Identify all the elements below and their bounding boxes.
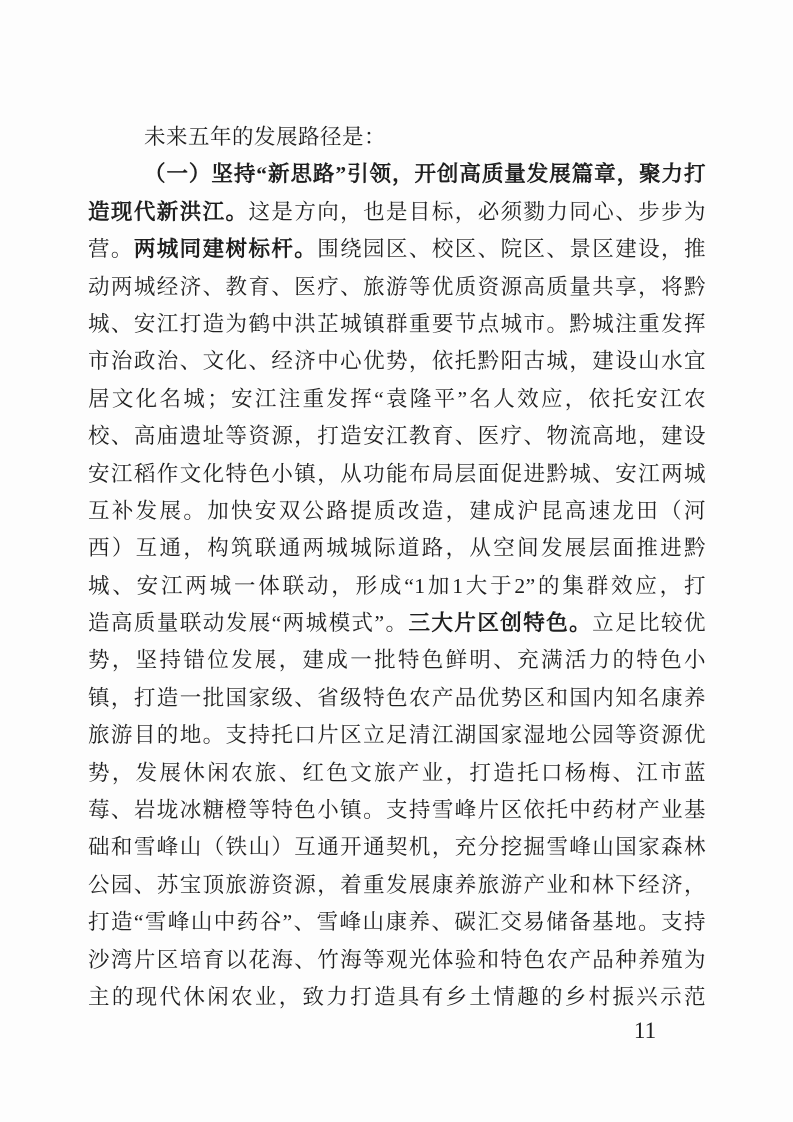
text-segment: 势，坚持错位发展，建成一批特色鲜明、充满活力的特色小 <box>88 648 706 672</box>
text-segment: 势，发展休闲农旅、红色文旅产业，打造托口杨梅、江市蓝 <box>88 761 706 785</box>
text-segment: 旅游目的地。支持托口片区立足清江湖国家湿地公园等资源优 <box>88 723 706 747</box>
text-segment: 安江稻作文化特色小镇，从功能布局层面促进黔城、安江两城 <box>88 462 706 486</box>
text-segment: 打造“雪峰山中药谷”、雪峰山康养、碳汇交易储备基地。支持 <box>88 910 706 934</box>
text-segment: 础和雪峰山（铁山）互通开通契机，充分挖掘雪峰山国家森林 <box>88 835 706 859</box>
text-segment: 立足比较优 <box>592 611 706 635</box>
text-line: 造高质量联动发展“两城模式”。三大片区创特色。立足比较优 <box>88 605 706 642</box>
page-number: 11 <box>620 1018 670 1044</box>
text-line: 市治政治、文化、经济中心优势，依托黔阳古城，建设山水宜 <box>88 343 706 380</box>
text-segment-emphasis: 三大片区创特色。 <box>408 611 592 635</box>
text-line: 公园、苏宝顶旅游资源，着重发展康养旅游产业和林下经济， <box>88 867 706 904</box>
text-line: 校、高庙遗址等资源，打造安江教育、医疗、物流高地，建设 <box>88 418 706 455</box>
text-line: 西）互通，构筑联通两城城际道路，从空间发展层面推进黔 <box>88 530 706 567</box>
text-segment: 这是方向，也是目标，必须勠力同心、步步为 <box>248 200 706 224</box>
text-segment: 互补发展。加快安双公路提质改造，建成沪昆高速龙田（河 <box>88 499 706 523</box>
text-segment: 莓、岩垅冰糖橙等特色小镇。支持雪峰片区依托中药材产业基 <box>88 798 706 822</box>
text-segment: 动两城经济、教育、医疗、旅游等优质资源高质量共享，将黔 <box>88 275 706 299</box>
text-line: 势，发展休闲农旅、红色文旅产业，打造托口杨梅、江市蓝 <box>88 755 706 792</box>
text-segment-emphasis: 两城同建树标杆。 <box>134 237 317 261</box>
text-segment: 主的现代休闲农业，致力打造具有乡土情趣的乡村振兴示范 <box>88 985 706 1009</box>
text-line: 城、安江两城一体联动，形成“1加1大于2”的集群效应，打 <box>88 568 706 605</box>
text-segment: 城、安江两城一体联动，形成“1加1大于2”的集群效应，打 <box>88 574 706 598</box>
text-segment: 公园、苏宝顶旅游资源，着重发展康养旅游产业和林下经济， <box>88 873 706 897</box>
text-line: 镇，打造一批国家级、省级特色农产品优势区和国内知名康养 <box>88 680 706 717</box>
text-line: 互补发展。加快安双公路提质改造，建成沪昆高速龙田（河 <box>88 493 706 530</box>
text-segment: 校、高庙遗址等资源，打造安江教育、医疗、物流高地，建设 <box>88 424 706 448</box>
text-line: 打造“雪峰山中药谷”、雪峰山康养、碳汇交易储备基地。支持 <box>88 904 706 941</box>
text-line: 沙湾片区培育以花海、竹海等观光体验和特色农产品种养殖为 <box>88 942 706 979</box>
text-line: 营。两城同建树标杆。围绕园区、校区、院区、景区建设，推 <box>88 231 706 268</box>
text-segment: 造高质量联动发展“两城模式”。 <box>88 611 408 635</box>
text-line: 动两城经济、教育、医疗、旅游等优质资源高质量共享，将黔 <box>88 269 706 306</box>
text-segment-emphasis: （一）坚持“新思路”引领，开创高质量发展篇章，聚力打 <box>144 162 706 186</box>
text-segment-emphasis: 造现代新洪江。 <box>88 200 248 224</box>
text-segment: 市治政治、文化、经济中心优势，依托黔阳古城，建设山水宜 <box>88 349 706 373</box>
text-line: 未来五年的发展路径是： <box>88 119 706 156</box>
text-segment: 沙湾片区培育以花海、竹海等观光体验和特色农产品种养殖为 <box>88 948 706 972</box>
text-line: 造现代新洪江。这是方向，也是目标，必须勠力同心、步步为 <box>88 194 706 231</box>
text-segment: 镇，打造一批国家级、省级特色农产品优势区和国内知名康养 <box>88 686 706 710</box>
text-segment: 围绕园区、校区、院区、景区建设，推 <box>317 237 706 261</box>
text-line: 居文化名城；安江注重发挥“袁隆平”名人效应，依托安江农 <box>88 381 706 418</box>
document-page: 未来五年的发展路径是：（一）坚持“新思路”引领，开创高质量发展篇章，聚力打造现代… <box>0 0 793 1122</box>
text-line: 势，坚持错位发展，建成一批特色鲜明、充满活力的特色小 <box>88 642 706 679</box>
text-line: 安江稻作文化特色小镇，从功能布局层面促进黔城、安江两城 <box>88 456 706 493</box>
text-segment: 营。 <box>88 237 134 261</box>
text-line: 旅游目的地。支持托口片区立足清江湖国家湿地公园等资源优 <box>88 717 706 754</box>
document-body: 未来五年的发展路径是：（一）坚持“新思路”引领，开创高质量发展篇章，聚力打造现代… <box>88 119 706 1016</box>
text-line: （一）坚持“新思路”引领，开创高质量发展篇章，聚力打 <box>88 156 706 193</box>
text-line: 础和雪峰山（铁山）互通开通契机，充分挖掘雪峰山国家森林 <box>88 829 706 866</box>
text-line: 主的现代休闲农业，致力打造具有乡土情趣的乡村振兴示范 <box>88 979 706 1016</box>
text-segment: 未来五年的发展路径是： <box>144 125 386 149</box>
text-segment: 居文化名城；安江注重发挥“袁隆平”名人效应，依托安江农 <box>88 387 706 411</box>
text-line: 城、安江打造为鹤中洪芷城镇群重要节点城市。黔城注重发挥 <box>88 306 706 343</box>
text-line: 莓、岩垅冰糖橙等特色小镇。支持雪峰片区依托中药材产业基 <box>88 792 706 829</box>
text-segment: 城、安江打造为鹤中洪芷城镇群重要节点城市。黔城注重发挥 <box>88 312 706 336</box>
text-segment: 西）互通，构筑联通两城城际道路，从空间发展层面推进黔 <box>88 536 706 560</box>
